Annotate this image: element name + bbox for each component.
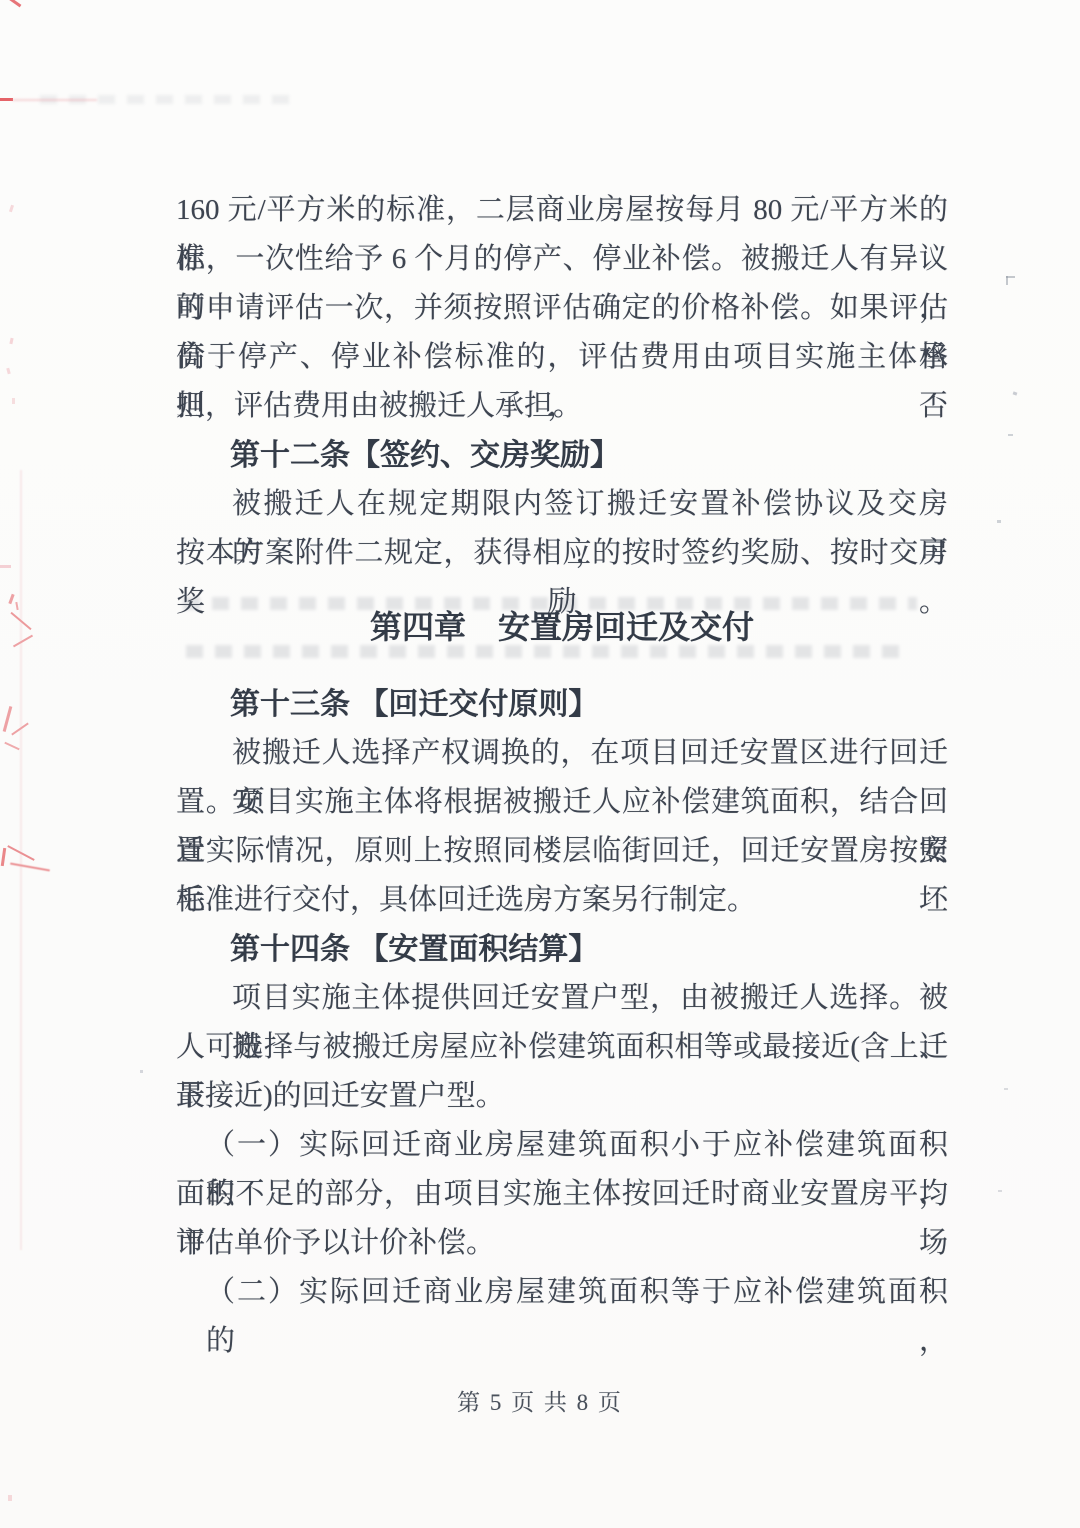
text-line: （一）实际回迁商业房屋建筑面积小于应补偿建筑面积的， xyxy=(176,1121,948,1170)
scanned-document-page: 160 元/平方米的标准，二层商业房屋按每月 80 元/平方米的标 准，一次性给… xyxy=(0,0,1080,1528)
pen-speck xyxy=(12,398,15,404)
text-line: （二）实际回迁商业房屋建筑面积等于应补偿建筑面积的， xyxy=(176,1268,948,1317)
scan-streak xyxy=(20,470,22,1250)
text-line: 被搬迁人在规定期限内签订搬迁安置补偿协议及交房的，可 xyxy=(176,480,948,529)
text-line: 160 元/平方米的标准，二层商业房屋按每月 80 元/平方米的标 xyxy=(176,186,948,235)
scan-speck xyxy=(1006,276,1008,285)
text-line: 准，一次性给予 6 个月的停产、停业补偿。被搬迁人有异议的， xyxy=(176,235,948,284)
pen-speck xyxy=(9,205,14,213)
pen-speck xyxy=(15,602,18,610)
text-line: 按本方案附件二规定，获得相应的按时签约奖励、按时交房奖励。 xyxy=(176,529,948,578)
pen-scribble xyxy=(13,635,33,648)
text-line: 人可选择与被搬迁房屋应补偿建筑面积相等或最接近(含上、下 xyxy=(176,1023,948,1072)
text-line: 高于停产、停业补偿标准的，评估费用由项目实施主体承担，否 xyxy=(176,333,948,382)
text-line: 最接近)的回迁安置户型。 xyxy=(176,1072,948,1121)
pen-mark xyxy=(0,565,11,568)
scan-speck xyxy=(1008,434,1013,436)
text-line: 可申请评估一次，并须按照评估确定的价格补偿。如果评估价格 xyxy=(176,284,948,333)
pen-speck xyxy=(8,594,14,604)
pen-scribble xyxy=(10,863,50,872)
page-number: 第 5 页 共 8 页 xyxy=(0,1383,1080,1423)
text-line: 被搬迁人选择产权调换的，在项目回迁安置区进行回迁安 xyxy=(176,729,948,778)
pen-speck xyxy=(6,368,10,375)
document-body: 160 元/平方米的标准，二层商业房屋按每月 80 元/平方米的标 准，一次性给… xyxy=(176,186,948,1317)
scan-speck xyxy=(140,1070,143,1073)
pen-scribble xyxy=(4,742,19,751)
scan-speck xyxy=(997,520,1001,523)
article-heading: 第十四条 【安置面积结算】 xyxy=(176,925,948,974)
pen-smudge xyxy=(12,99,97,101)
scan-speck xyxy=(1004,1088,1008,1090)
text-line: 面积不足的部分，由项目实施主体按回迁时商业安置房平均市场 xyxy=(176,1170,948,1219)
text-line: 项目实施主体提供回迁安置户型，由被搬迁人选择。被搬迁 xyxy=(176,974,948,1023)
pen-scribble xyxy=(3,706,13,732)
article-heading: 第十三条 【回迁交付原则】 xyxy=(176,680,948,729)
pen-mark xyxy=(7,0,22,7)
text-line: 置。项目实施主体将根据被搬迁人应补偿建筑面积，结合回迁安 xyxy=(176,778,948,827)
text-line: 置实际情况，原则上按照同楼层临街回迁，回迁安置房按照毛坯 xyxy=(176,827,948,876)
scan-speck xyxy=(1013,391,1018,395)
pen-scribble xyxy=(1,848,6,866)
pen-speck xyxy=(9,338,13,344)
article-heading: 第十二条【签约、交房奖励】 xyxy=(176,431,948,480)
pen-speck xyxy=(8,1495,12,1501)
scan-speck xyxy=(998,1190,1002,1192)
